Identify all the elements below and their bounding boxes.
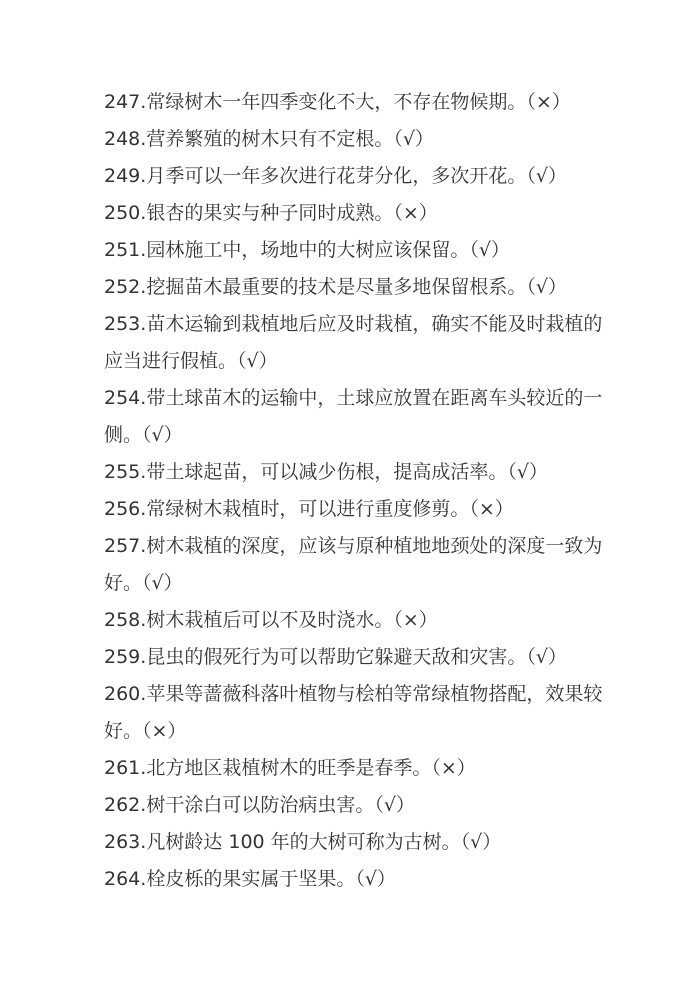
question-item: 254.带土球苗木的运输中，土球应放置在距离车头较近的一侧。（√） xyxy=(104,380,609,454)
question-text: 常绿树木栽植时，可以进行重度修剪。 xyxy=(146,498,469,520)
answer-mark: （√） xyxy=(469,239,510,261)
document-page: 247.常绿树木一年四季变化不大，不存在物候期。（×） 248.营养繁殖的树木只… xyxy=(0,0,700,991)
question-number: 252. xyxy=(104,276,146,298)
answer-mark: （√） xyxy=(526,165,567,187)
question-text: 带土球起苗，可以减少伤根，提高成活率。 xyxy=(146,461,507,483)
question-number: 256. xyxy=(104,498,146,520)
question-text: 园林施工中，场地中的大树应该保留。 xyxy=(146,239,469,261)
question-number: 249. xyxy=(104,165,146,187)
answer-mark: （√） xyxy=(142,424,183,446)
question-item: 252.挖掘苗木最重要的技术是尽量多地保留根系。（√） xyxy=(104,269,609,306)
question-item: 258.树木栽植后可以不及时浇水。（×） xyxy=(104,602,609,639)
question-item: 249.月季可以一年多次进行花芽分化，多次开花。（√） xyxy=(104,158,609,195)
question-number: 251. xyxy=(104,239,146,261)
question-list: 247.常绿树木一年四季变化不大，不存在物候期。（×） 248.营养繁殖的树木只… xyxy=(104,84,609,898)
answer-mark: （×） xyxy=(142,720,186,742)
question-number: 260. xyxy=(104,683,146,705)
question-number: 263. xyxy=(104,831,146,853)
answer-mark: （√） xyxy=(526,276,567,298)
question-text: 月季可以一年多次进行花芽分化，多次开花。 xyxy=(146,165,526,187)
question-number: 261. xyxy=(104,757,146,779)
answer-mark: （×） xyxy=(393,609,437,631)
question-item: 250.银杏的果实与种子同时成熟。（×） xyxy=(104,195,609,232)
answer-mark: （×） xyxy=(526,91,570,113)
question-item: 259.昆虫的假死行为可以帮助它躲避天敌和灾害。（√） xyxy=(104,639,609,676)
question-number: 262. xyxy=(104,794,146,816)
question-text: 常绿树木一年四季变化不大，不存在物候期。 xyxy=(146,91,526,113)
question-item: 248.营养繁殖的树木只有不定根。（√） xyxy=(104,121,609,158)
question-text: 树干涂白可以防治病虫害。 xyxy=(146,794,374,816)
question-item: 251.园林施工中，场地中的大树应该保留。（√） xyxy=(104,232,609,269)
question-number: 257. xyxy=(104,535,146,557)
question-number: 259. xyxy=(104,646,146,668)
question-item: 263.凡树龄达 100 年的大树可称为古树。（√） xyxy=(104,824,609,861)
question-number: 253. xyxy=(104,313,146,335)
question-text: 凡树龄达 100 年的大树可称为古树。 xyxy=(146,831,460,853)
question-text: 银杏的果实与种子同时成熟。 xyxy=(146,202,393,224)
question-text: 栓皮栎的果实属于坚果。 xyxy=(146,868,355,890)
answer-mark: （×） xyxy=(469,498,513,520)
answer-mark: （√） xyxy=(526,646,567,668)
answer-mark: （×） xyxy=(431,757,475,779)
question-item: 257.树木栽植的深度，应该与原种植地地颈处的深度一致为好。（√） xyxy=(104,528,609,602)
answer-mark: （√） xyxy=(393,128,434,150)
question-number: 255. xyxy=(104,461,146,483)
answer-mark: （√） xyxy=(461,831,502,853)
question-item: 253.苗木运输到栽植地后应及时栽植，确实不能及时栽植的应当进行假植。（√） xyxy=(104,306,609,380)
answer-mark: （√） xyxy=(142,572,183,594)
answer-mark: （√） xyxy=(237,350,278,372)
question-text: 树木栽植后可以不及时浇水。 xyxy=(146,609,393,631)
question-text: 北方地区栽植树木的旺季是春季。 xyxy=(146,757,431,779)
question-text: 挖掘苗木最重要的技术是尽量多地保留根系。 xyxy=(146,276,526,298)
question-item: 261.北方地区栽植树木的旺季是春季。（×） xyxy=(104,750,609,787)
question-item: 247.常绿树木一年四季变化不大，不存在物候期。（×） xyxy=(104,84,609,121)
question-text: 昆虫的假死行为可以帮助它躲避天敌和灾害。 xyxy=(146,646,526,668)
answer-mark: （√） xyxy=(507,461,548,483)
question-number: 258. xyxy=(104,609,146,631)
question-text: 苗木运输到栽植地后应及时栽植，确实不能及时栽植的应当进行假植。 xyxy=(104,313,602,372)
question-number: 247. xyxy=(104,91,146,113)
question-text: 营养繁殖的树木只有不定根。 xyxy=(146,128,393,150)
question-number: 264. xyxy=(104,868,146,890)
question-number: 250. xyxy=(104,202,146,224)
question-item: 262.树干涂白可以防治病虫害。（√） xyxy=(104,787,609,824)
answer-mark: （√） xyxy=(374,794,415,816)
answer-mark: （√） xyxy=(355,868,396,890)
question-number: 254. xyxy=(104,387,146,409)
question-item: 264.栓皮栎的果实属于坚果。（√） xyxy=(104,861,609,898)
question-item: 260.苹果等蔷薇科落叶植物与桧柏等常绿植物搭配，效果较好。（×） xyxy=(104,676,609,750)
question-item: 255.带土球起苗，可以减少伤根，提高成活率。（√） xyxy=(104,454,609,491)
answer-mark: （×） xyxy=(393,202,437,224)
question-item: 256.常绿树木栽植时，可以进行重度修剪。（×） xyxy=(104,491,609,528)
question-number: 248. xyxy=(104,128,146,150)
